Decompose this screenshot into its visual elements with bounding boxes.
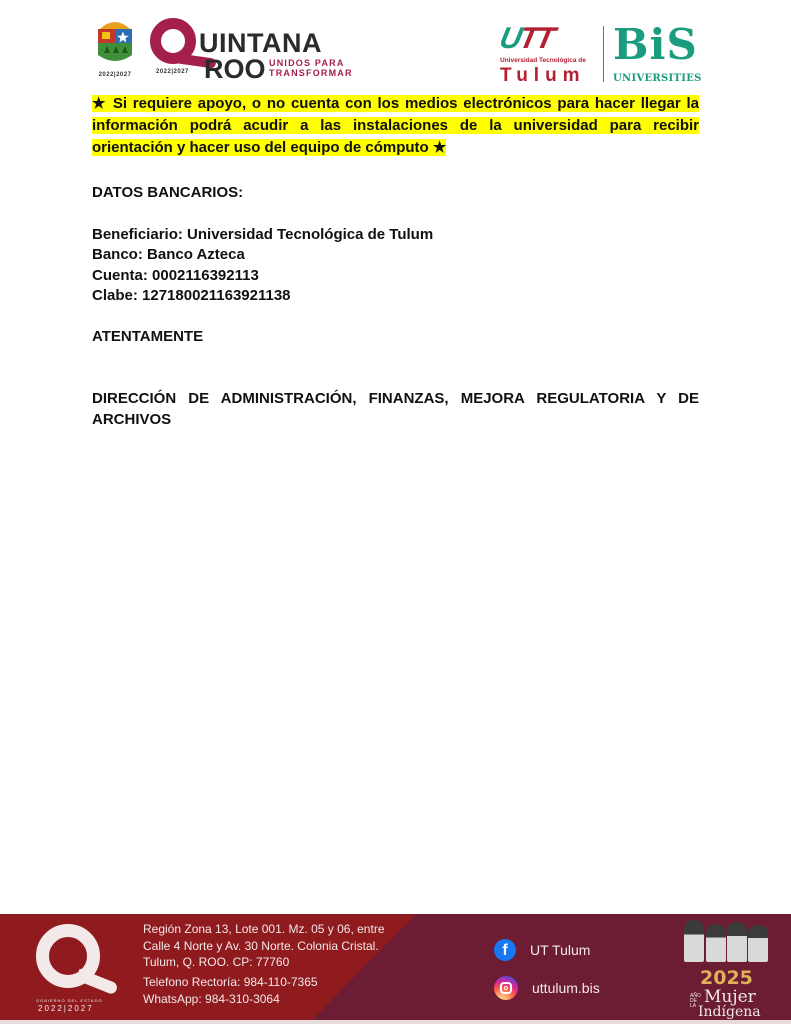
footer-bottom-strip bbox=[0, 1020, 791, 1024]
coat-of-arms-years: 2022|2027 bbox=[92, 72, 138, 78]
document-body: ★ Si requiere apoyo, o no cuenta con los… bbox=[92, 93, 699, 430]
quintana-roo-logo: UINTANA ROO UNIDOS PARA TRANSFORMAR 2022… bbox=[150, 18, 350, 80]
quintana-roo-tagline: UNIDOS PARA TRANSFORMAR bbox=[269, 58, 353, 78]
utt-mark-tt: TT bbox=[516, 22, 556, 55]
bank-detail-value: Universidad Tecnológica de Tulum bbox=[187, 226, 433, 243]
bank-section-title: DATOS BANCARIOS: bbox=[92, 183, 699, 204]
government-logo-years: 2022|2027 bbox=[38, 1004, 94, 1013]
phone-whatsapp: WhatsApp: 984-310-3064 bbox=[143, 991, 318, 1008]
bis-logo-subtitle: UNIVERSITIES bbox=[613, 73, 702, 84]
quintana-roo-wordmark-bottom: ROO bbox=[204, 54, 266, 85]
utt-subtitle: Universidad Tecnológica de bbox=[500, 57, 586, 64]
support-notice: ★ Si requiere apoyo, o no cuenta con los… bbox=[92, 93, 699, 159]
support-notice-text: ★ Si requiere apoyo, o no cuenta con los… bbox=[92, 95, 699, 156]
utt-logo: UTT Universidad Tecnológica de Tulum bbox=[498, 22, 598, 88]
utt-city: Tulum bbox=[500, 65, 586, 87]
address-line: Calle 4 Norte y Av. 30 Norte. Colonia Cr… bbox=[143, 938, 385, 955]
tagline-line-1: UNIDOS PARA bbox=[269, 58, 353, 68]
address-line: Tulum, Q. ROO. CP: 77760 bbox=[143, 954, 385, 971]
phone-rectoria: Telefono Rectoría: 984-110-7365 bbox=[143, 974, 318, 991]
bank-detail-label: Banco: bbox=[92, 246, 143, 263]
campaign-year: 2025 bbox=[700, 967, 753, 989]
instagram-icon bbox=[494, 976, 518, 1000]
bank-detail-label: Cuenta: bbox=[92, 267, 148, 284]
indigenous-women-photo bbox=[682, 916, 770, 962]
bank-details: Beneficiario: Universidad Tecnológica de… bbox=[92, 225, 699, 307]
government-logo-caption: GOBIERNO DEL ESTADO bbox=[36, 998, 103, 1003]
bis-logo-title: BiS bbox=[613, 20, 698, 69]
mujer-indigena-2025-badge: 2025 AÑO DE LA Mujer Indígena bbox=[678, 916, 774, 1020]
social-label: uttulum.bis bbox=[532, 980, 600, 996]
social-label: UT Tulum bbox=[530, 942, 590, 958]
page-footer: GOBIERNO DEL ESTADO 2022|2027 Región Zon… bbox=[0, 914, 791, 1020]
tagline-line-2: TRANSFORMAR bbox=[269, 68, 353, 78]
facebook-icon: f bbox=[494, 939, 516, 961]
quintana-roo-years: 2022|2027 bbox=[156, 69, 189, 75]
closing-salutation: ATENTAMENTE bbox=[92, 327, 699, 348]
coat-of-arms-logo bbox=[94, 17, 136, 67]
social-facebook[interactable]: f UT Tulum bbox=[494, 937, 600, 963]
bank-detail-label: Beneficiario: bbox=[92, 226, 183, 243]
social-instagram[interactable]: uttulum.bis bbox=[494, 975, 600, 1001]
header-logo-divider bbox=[603, 26, 604, 82]
page-header: 2022|2027 UINTANA ROO UNIDOS PARA TRANSF… bbox=[0, 0, 791, 92]
address-line: Región Zona 13, Lote 001. Mz. 05 y 06, e… bbox=[143, 921, 385, 938]
social-links: f UT Tulum uttulum.bis bbox=[494, 937, 600, 1013]
signatory-department: DIRECCIÓN DE ADMINISTRACIÓN, FINANZAS, M… bbox=[92, 388, 699, 430]
bank-detail-value: Banco Azteca bbox=[147, 246, 245, 263]
bank-detail-beneficiary: Beneficiario: Universidad Tecnológica de… bbox=[92, 225, 699, 246]
campaign-line-2: Indígena bbox=[698, 1004, 761, 1020]
bank-detail-bank: Banco: Banco Azteca bbox=[92, 245, 699, 266]
utt-mark: UTT bbox=[496, 22, 556, 56]
footer-address: Región Zona 13, Lote 001. Mz. 05 y 06, e… bbox=[143, 921, 385, 971]
bank-detail-value: 0002116392113 bbox=[152, 267, 259, 284]
footer-phones: Telefono Rectoría: 984-110-7365 WhatsApp… bbox=[143, 974, 318, 1007]
bank-detail-label: Clabe: bbox=[92, 287, 138, 304]
bank-detail-clabe: Clabe: 127180021163921138 bbox=[92, 286, 699, 307]
bank-detail-account: Cuenta: 0002116392113 bbox=[92, 266, 699, 287]
bank-detail-value: 127180021163921138 bbox=[142, 287, 291, 304]
